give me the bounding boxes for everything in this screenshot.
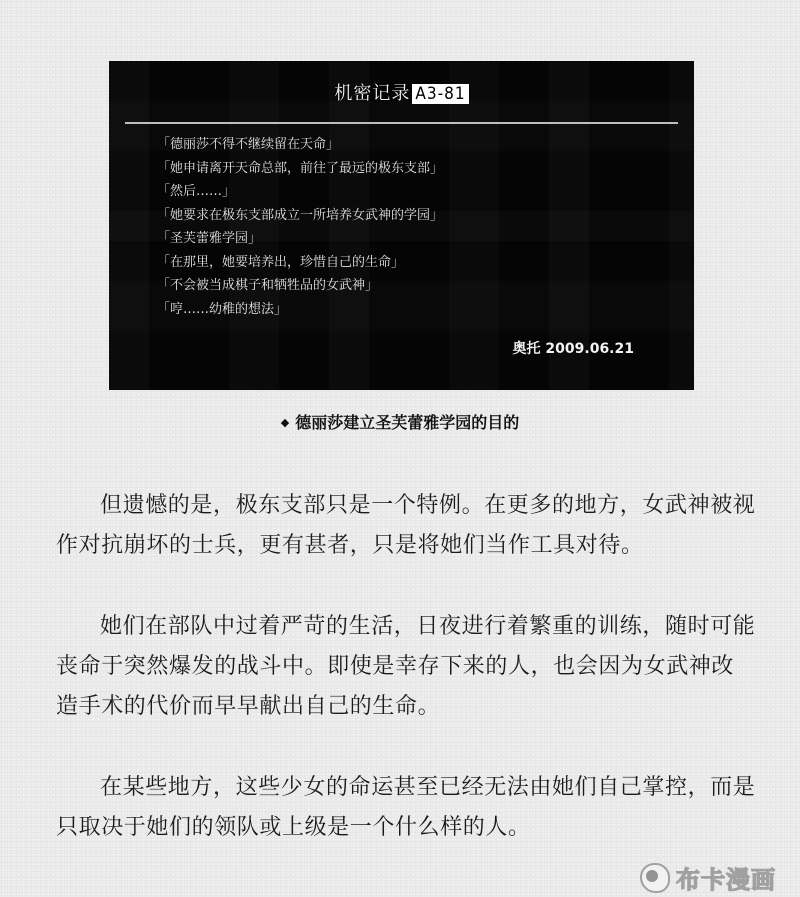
record-line: 「然后……」 [157, 180, 443, 204]
paragraph: 在某些地方，这些少女的命运甚至已经无法由她们自己掌控，而是只取决于她们的领队或上… [56, 768, 756, 848]
record-lines: 「德丽莎不得不继续留在天命」 「她申请离开天命总部，前往了最远的极东支部」 「然… [157, 133, 443, 321]
bubu-logo-icon [640, 863, 670, 893]
record-line: 「圣芙蕾雅学园」 [157, 227, 443, 251]
confidential-record-card: 机密记录A3-81 「德丽莎不得不继续留在天命」 「她申请离开天命总部，前往了最… [109, 61, 694, 390]
diamond-bullet-icon: ◆ [281, 416, 289, 429]
record-line: 「哼……幼稚的想法」 [157, 298, 443, 322]
caption-text: 德丽莎建立圣芙蕾雅学园的目的 [295, 413, 519, 432]
image-caption: ◆德丽莎建立圣芙蕾雅学园的目的 [0, 410, 800, 433]
record-code-badge: A3-81 [412, 84, 468, 104]
paragraph: 但遗憾的是，极东支部只是一个特例。在更多的地方，女武神被视作对抗崩坏的士兵，更有… [56, 486, 756, 566]
watermark-text: 布卡漫画 [676, 860, 776, 895]
record-line: 「她申请离开天命总部，前往了最远的极东支部」 [157, 157, 443, 181]
paragraph: 她们在部队中过着严苛的生活，日夜进行着繁重的训练，随时可能丧命于突然爆发的战斗中… [56, 607, 756, 727]
record-signature: 奥托 2009.06.21 [513, 338, 634, 358]
record-line: 「不会被当成棋子和牺牲品的女武神」 [157, 274, 443, 298]
record-line: 「在那里，她要培养出，珍惜自己的生命」 [157, 251, 443, 275]
article-body: 但遗憾的是，极东支部只是一个特例。在更多的地方，女武神被视作对抗崩坏的士兵，更有… [56, 486, 756, 889]
record-line: 「她要求在极东支部成立一所培养女武神的学园」 [157, 204, 443, 228]
record-title-text: 机密记录 [334, 83, 410, 104]
record-divider [125, 122, 678, 124]
record-title: 机密记录A3-81 [109, 79, 694, 105]
watermark: 布卡漫画 [640, 860, 776, 895]
record-line: 「德丽莎不得不继续留在天命」 [157, 133, 443, 157]
